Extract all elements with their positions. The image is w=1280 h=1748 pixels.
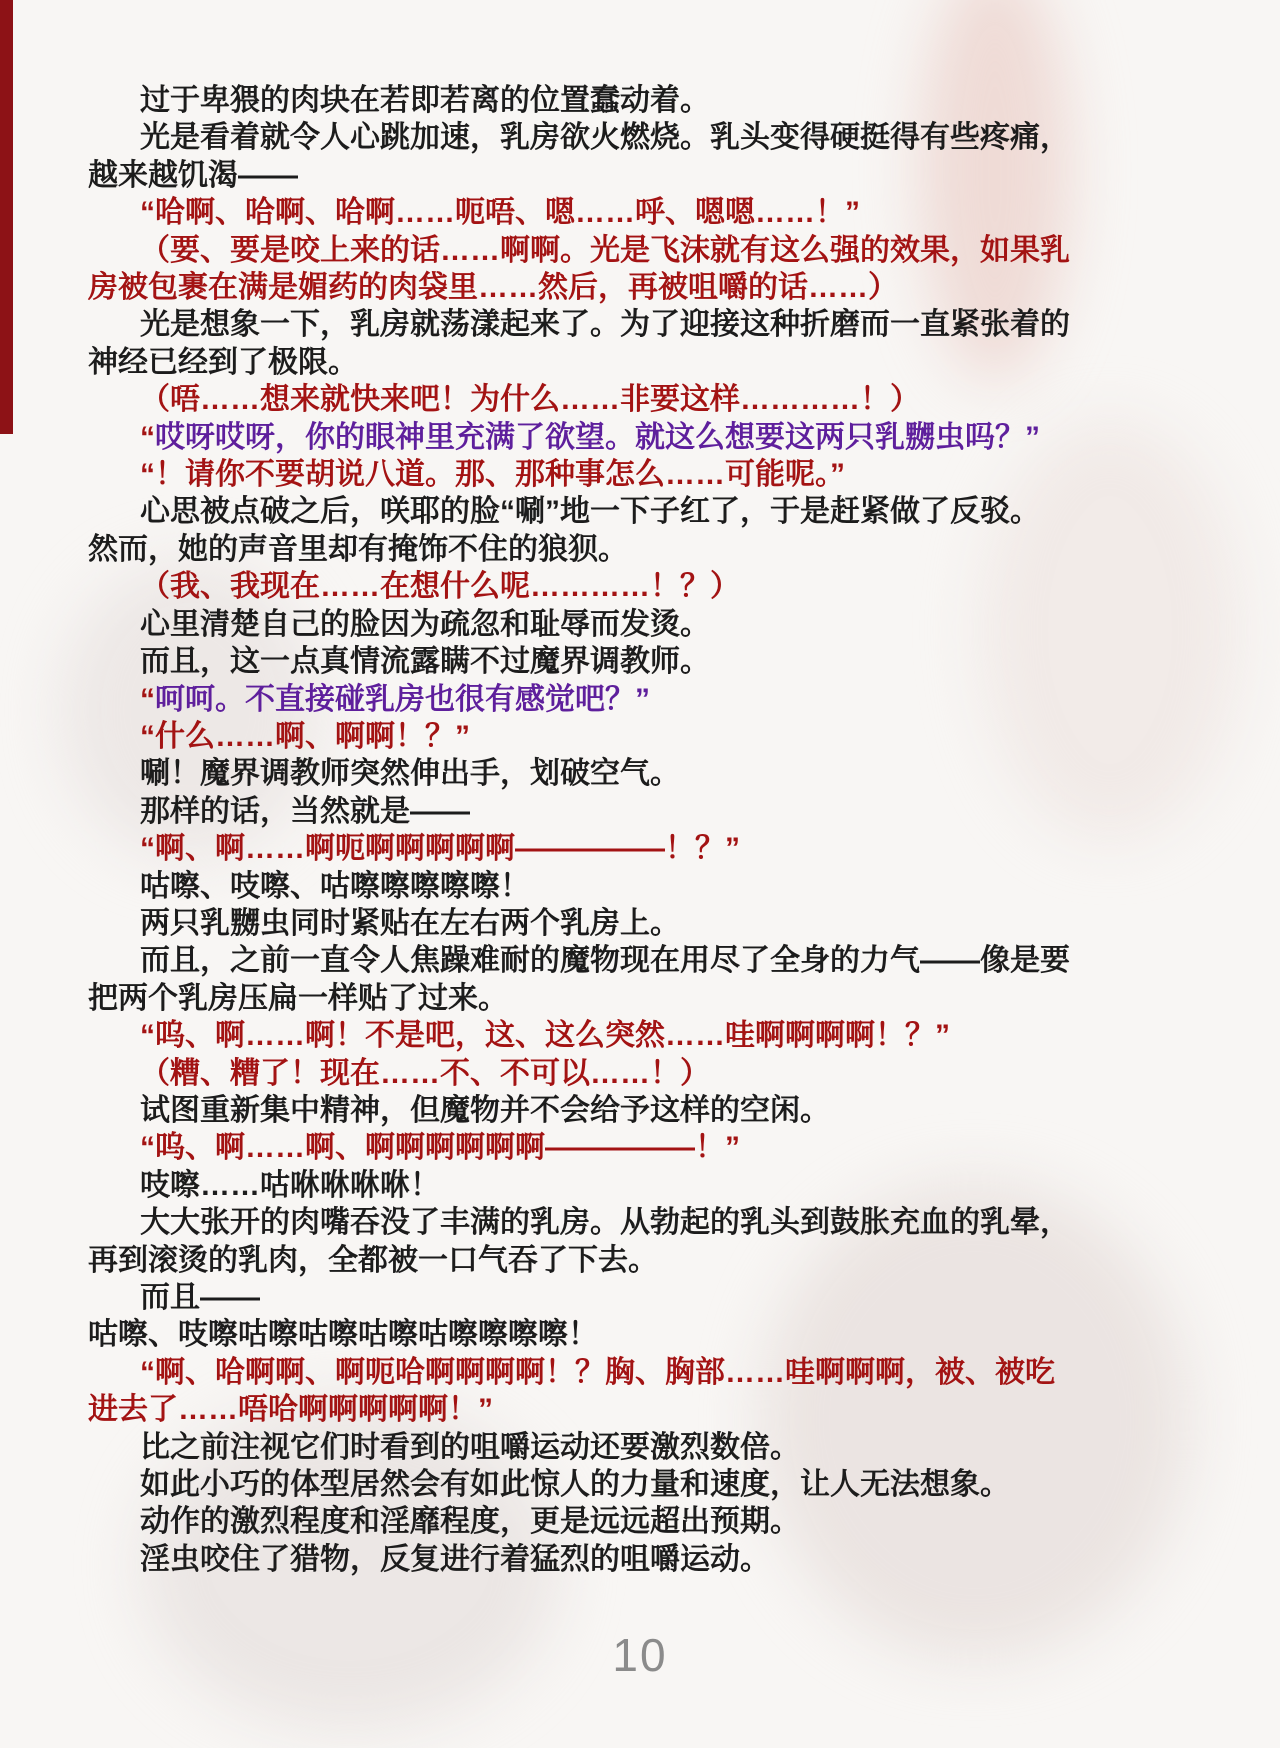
text-line: 如此小巧的体型居然会有如此惊人的力量和速度，让人无法想象。: [88, 1466, 1218, 1503]
text-line: 唰！魔界调教师突然伸出手，划破空气。: [88, 755, 1218, 792]
text-line: 越来越饥渴——: [88, 157, 1218, 194]
text-segment: 呵呵。不直接碰乳房也很有感觉吧？”: [155, 683, 650, 716]
text-line: “哈啊、哈啊、哈啊……呃唔、嗯……呼、嗯嗯……！”: [88, 194, 1218, 231]
text-segment: 越来越饥渴——: [88, 159, 298, 192]
text-line: 而且，这一点真情流露瞒不过魔界调教师。: [88, 643, 1218, 680]
text-segment: 然而，她的声音里却有掩饰不住的狼狈。: [88, 533, 628, 566]
text-line: 过于卑猥的肉块在若即若离的位置蠢动着。: [88, 82, 1218, 119]
left-edge-red-strip: [0, 0, 13, 434]
text-segment: （唔……想来就快来吧！为什么……非要这样…………！）: [140, 383, 920, 416]
text-segment: “呜、啊……啊！不是吧，这、这么突然……哇啊啊啊啊！？”: [140, 1019, 950, 1052]
text-segment: 咕嚓、吱嚓咕嚓咕嚓咕嚓咕嚓嚓嚓嚓！: [88, 1318, 598, 1351]
text-segment: 心里清楚自己的脸因为疏忽和耻辱而发烫。: [140, 608, 710, 641]
text-line: 心里清楚自己的脸因为疏忽和耻辱而发烫。: [88, 606, 1218, 643]
text-segment: 心思被点破之后，咲耶的脸“唰”地一下子红了，于是赶紧做了反驳。: [140, 495, 1040, 528]
text-segment: （我、我现在……在想什么呢…………！？）: [140, 570, 740, 603]
text-body: 过于卑猥的肉块在若即若离的位置蠢动着。光是看着就令人心跳加速，乳房欲火燃烧。乳头…: [88, 82, 1218, 1578]
text-segment: 神经已经到了极限。: [88, 346, 358, 379]
text-segment: （要、要是咬上来的话……啊啊。光是飞沫就有这么强的效果，如果乳: [140, 234, 1070, 267]
text-segment: （糟、糟了！现在……不、不可以……！）: [140, 1057, 710, 1090]
text-line: 试图重新集中精神，但魔物并不会给予这样的空闲。: [88, 1092, 1218, 1129]
text-segment: “呜、啊……啊、啊啊啊啊啊啊—————！”: [140, 1131, 740, 1164]
text-segment: “: [140, 421, 155, 454]
text-line: “啊、啊……啊呃啊啊啊啊啊—————！？”: [88, 830, 1218, 867]
text-segment: 而且，之前一直令人焦躁难耐的魔物现在用尽了全身的力气——像是要: [140, 944, 1070, 977]
text-segment: “啊、哈啊啊、啊呃哈啊啊啊啊！？胸、胸部……哇啊啊啊，被、被吃: [140, 1356, 1055, 1389]
text-segment: “！请你不要胡说八道。那、那种事怎么……可能呢。”: [140, 458, 845, 491]
text-segment: 那样的话，当然就是——: [140, 795, 470, 828]
page-number: 10: [0, 1628, 1280, 1682]
text-line: 吱嚓……咕咻咻咻咻！: [88, 1167, 1218, 1204]
text-segment: 房被包裹在满是媚药的肉袋里……然后，再被咀嚼的话……）: [88, 271, 898, 304]
text-segment: “: [140, 683, 155, 716]
text-line: 而且，之前一直令人焦躁难耐的魔物现在用尽了全身的力气——像是要: [88, 942, 1218, 979]
text-line: “啊、哈啊啊、啊呃哈啊啊啊啊！？胸、胸部……哇啊啊啊，被、被吃: [88, 1354, 1218, 1391]
text-segment: 吱嚓……咕咻咻咻咻！: [140, 1169, 440, 1202]
text-line: “！请你不要胡说八道。那、那种事怎么……可能呢。”: [88, 456, 1218, 493]
text-segment: 光是看着就令人心跳加速，乳房欲火燃烧。乳头变得硬挺得有些疼痛，: [140, 121, 1070, 154]
text-segment: 淫虫咬住了猎物，反复进行着猛烈的咀嚼运动。: [140, 1543, 770, 1576]
text-segment: 咕嚓、吱嚓、咕嚓嚓嚓嚓嚓！: [140, 870, 530, 903]
text-segment: 两只乳嬲虫同时紧贴在左右两个乳房上。: [140, 907, 680, 940]
text-segment: “哈啊、哈啊、哈啊……呃唔、嗯……呼、嗯嗯……！”: [140, 196, 860, 229]
text-segment: 哎呀哎呀，你的眼神里充满了欲望。就这么想要这两只乳嬲虫吗？”: [155, 421, 1040, 454]
text-line: 大大张开的肉嘴吞没了丰满的乳房。从勃起的乳头到鼓胀充血的乳晕，: [88, 1204, 1218, 1241]
text-segment: 过于卑猥的肉块在若即若离的位置蠢动着。: [140, 84, 710, 117]
text-segment: “啊、啊……啊呃啊啊啊啊啊—————！？”: [140, 832, 740, 865]
text-line: 光是想象一下，乳房就荡漾起来了。为了迎接这种折磨而一直紧张着的: [88, 306, 1218, 343]
text-line: 咕嚓、吱嚓、咕嚓嚓嚓嚓嚓！: [88, 868, 1218, 905]
text-segment: 把两个乳房压扁一样贴了过来。: [88, 982, 508, 1015]
text-line: （要、要是咬上来的话……啊啊。光是飞沫就有这么强的效果，如果乳: [88, 232, 1218, 269]
text-segment: 光是想象一下，乳房就荡漾起来了。为了迎接这种折磨而一直紧张着的: [140, 308, 1070, 341]
text-line: 进去了……唔哈啊啊啊啊啊！”: [88, 1391, 1218, 1428]
text-line: 神经已经到了极限。: [88, 344, 1218, 381]
text-line: 那样的话，当然就是——: [88, 793, 1218, 830]
text-line: 然而，她的声音里却有掩饰不住的狼狈。: [88, 531, 1218, 568]
text-line: 咕嚓、吱嚓咕嚓咕嚓咕嚓咕嚓嚓嚓嚓！: [88, 1316, 1218, 1353]
text-segment: 进去了……唔哈啊啊啊啊啊！”: [88, 1393, 493, 1426]
text-segment: “什么……啊、啊啊！？”: [140, 720, 470, 753]
text-line: “哎呀哎呀，你的眼神里充满了欲望。就这么想要这两只乳嬲虫吗？”: [88, 419, 1218, 456]
text-segment: 而且——: [140, 1281, 260, 1314]
text-line: 光是看着就令人心跳加速，乳房欲火燃烧。乳头变得硬挺得有些疼痛，: [88, 119, 1218, 156]
text-line: （糟、糟了！现在……不、不可以……！）: [88, 1055, 1218, 1092]
text-segment: 试图重新集中精神，但魔物并不会给予这样的空闲。: [140, 1094, 830, 1127]
text-line: “什么……啊、啊啊！？”: [88, 718, 1218, 755]
text-line: 而且——: [88, 1279, 1218, 1316]
text-segment: 如此小巧的体型居然会有如此惊人的力量和速度，让人无法想象。: [140, 1468, 1010, 1501]
text-line: “呜、啊……啊！不是吧，这、这么突然……哇啊啊啊啊！？”: [88, 1017, 1218, 1054]
text-line: 淫虫咬住了猎物，反复进行着猛烈的咀嚼运动。: [88, 1541, 1218, 1578]
text-line: 比之前注视它们时看到的咀嚼运动还要激烈数倍。: [88, 1429, 1218, 1466]
text-line: “呵呵。不直接碰乳房也很有感觉吧？”: [88, 681, 1218, 718]
text-line: 两只乳嬲虫同时紧贴在左右两个乳房上。: [88, 905, 1218, 942]
text-line: “呜、啊……啊、啊啊啊啊啊啊—————！”: [88, 1129, 1218, 1166]
text-line: 心思被点破之后，咲耶的脸“唰”地一下子红了，于是赶紧做了反驳。: [88, 493, 1218, 530]
text-segment: 再到滚烫的乳肉，全都被一口气吞了下去。: [88, 1244, 658, 1277]
text-segment: 而且，这一点真情流露瞒不过魔界调教师。: [140, 645, 710, 678]
novel-page: 过于卑猥的肉块在若即若离的位置蠢动着。光是看着就令人心跳加速，乳房欲火燃烧。乳头…: [0, 0, 1280, 1748]
text-segment: 动作的激烈程度和淫靡程度，更是远远超出预期。: [140, 1505, 800, 1538]
text-line: 房被包裹在满是媚药的肉袋里……然后，再被咀嚼的话……）: [88, 269, 1218, 306]
text-line: 动作的激烈程度和淫靡程度，更是远远超出预期。: [88, 1503, 1218, 1540]
text-line: （唔……想来就快来吧！为什么……非要这样…………！）: [88, 381, 1218, 418]
text-line: 再到滚烫的乳肉，全都被一口气吞了下去。: [88, 1242, 1218, 1279]
text-line: 把两个乳房压扁一样贴了过来。: [88, 980, 1218, 1017]
text-segment: 唰！魔界调教师突然伸出手，划破空气。: [140, 757, 680, 790]
text-segment: 比之前注视它们时看到的咀嚼运动还要激烈数倍。: [140, 1431, 800, 1464]
text-segment: 大大张开的肉嘴吞没了丰满的乳房。从勃起的乳头到鼓胀充血的乳晕，: [140, 1206, 1070, 1239]
text-line: （我、我现在……在想什么呢…………！？）: [88, 568, 1218, 605]
